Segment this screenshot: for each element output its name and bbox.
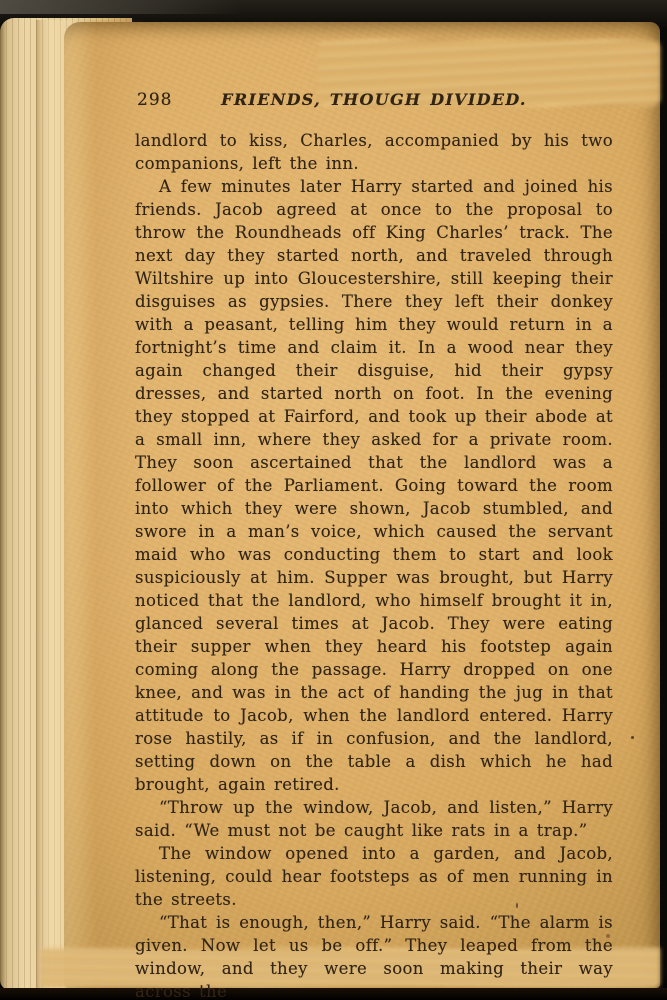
page-body: landlord to kiss, Charles, accompanied b…	[135, 129, 613, 1000]
paragraph: The window opened into a garden, and Jac…	[135, 842, 613, 911]
running-title: FRIENDS, THOUGH DIVIDED.	[135, 90, 613, 109]
paragraph: A few minutes later Harry started and jo…	[135, 175, 613, 796]
paragraph: “Throw up the window, Jacob, and listen,…	[135, 796, 613, 842]
book-cover-edge	[0, 0, 240, 14]
page-header: 298 FRIENDS, THOUGH DIVIDED.	[135, 88, 613, 114]
page-content: 298 FRIENDS, THOUGH DIVIDED. landlord to…	[135, 88, 613, 1000]
book-photo: 298 FRIENDS, THOUGH DIVIDED. landlord to…	[0, 0, 667, 1000]
paragraph: “That is enough, then,” Harry said. “The…	[135, 911, 613, 1000]
paper-speck	[631, 736, 634, 739]
paragraph: landlord to kiss, Charles, accompanied b…	[135, 129, 613, 175]
